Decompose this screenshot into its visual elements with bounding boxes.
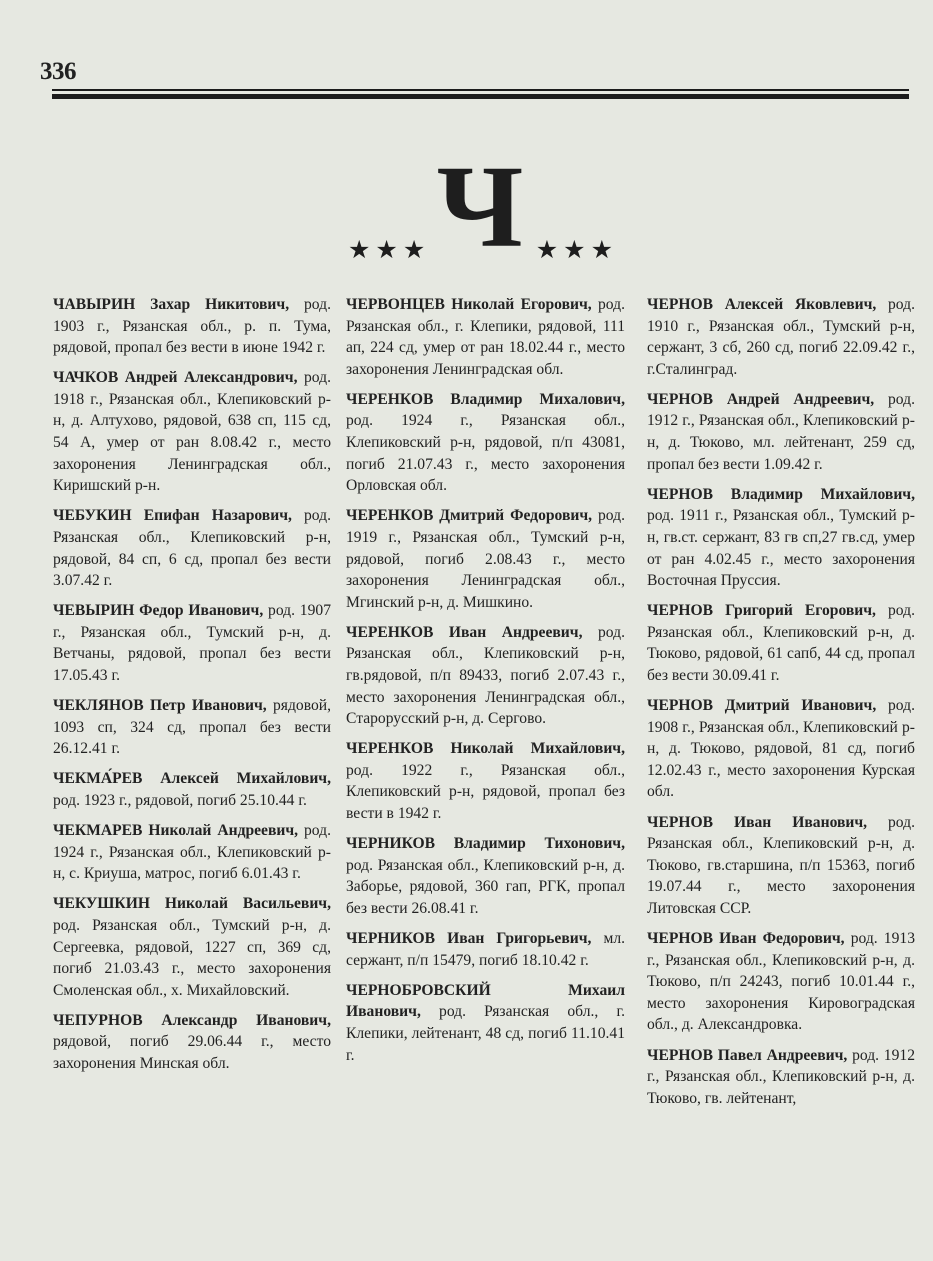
entry-text: род. 1923 г., рядовой, погиб 25.10.44 г. <box>53 792 307 809</box>
entry-name: ЧЕРНИКОВ Иван Григорьевич, <box>346 930 591 947</box>
column-3: ЧЕРНОВ Алексей Яковлевич, род. 1910 г., … <box>647 294 915 1118</box>
entry-name: ЧЕРЕНКОВ Дмитрий Федорович, <box>346 507 592 524</box>
stars-left-icon: ★★★ <box>348 235 430 265</box>
entry-name: ЧЕРНОВ Владимир Михайлович, <box>647 486 915 503</box>
entry-name: ЧЕРВОНЦЕВ Николай Егорович, <box>346 296 592 313</box>
entry-name: ЧЕРЕНКОВ Иван Андреевич, <box>346 624 582 641</box>
section-initial-block: Ч ★★★ ★★★ <box>340 170 620 270</box>
header-rule-thin <box>52 89 909 91</box>
list-item: ЧЕРЕНКОВ Дмитрий Федорович, род. 1919 г.… <box>346 505 625 613</box>
entry-name: ЧЕВЫРИН Федор Иванович, <box>53 602 263 619</box>
entry-name: ЧЕРЕНКОВ Николай Михайлович, <box>346 740 625 757</box>
list-item: ЧЕКМА́РЕВ Алексей Михайлович, род. 1923 … <box>53 768 331 811</box>
entry-text: род. 1922 г., Рязанская обл., Клепиковск… <box>346 762 625 822</box>
entry-name: ЧЕКЛЯНОВ Петр Иванович, <box>53 697 267 714</box>
header-rule-thick <box>52 94 909 99</box>
list-item: ЧЕРНОБРОВСКИЙ Михаил Иванович, род. Ряза… <box>346 980 625 1066</box>
list-item: ЧЕПУРНОВ Александр Иванович, рядовой, по… <box>53 1010 331 1075</box>
entry-name: ЧЕРЕНКОВ Владимир Михалович, <box>346 391 625 408</box>
entry-name: ЧЕКМАРЕВ Николай Андреевич, <box>53 822 298 839</box>
stars-right-icon: ★★★ <box>536 235 618 265</box>
list-item: ЧЕРНОВ Иван Иванович, род. Рязанская обл… <box>647 812 915 920</box>
entry-name: ЧЕРНОВ Иван Иванович, <box>647 814 867 831</box>
list-item: ЧЕРНИКОВ Иван Григорьевич, мл. сержант, … <box>346 928 625 971</box>
entry-name: ЧАВЫРИН Захар Никитович, <box>53 296 289 313</box>
list-item: ЧАВЫРИН Захар Никитович, род. 1903 г., Р… <box>53 294 331 359</box>
list-item: ЧЕРНИКОВ Владимир Тихонович, род. Рязанс… <box>346 833 625 919</box>
entry-text: род. Рязанская обл., Клепиковский р-н, д… <box>346 857 625 917</box>
list-item: ЧЕРНОВ Павел Андреевич, род. 1912 г., Ря… <box>647 1045 915 1110</box>
entry-name: ЧЕКМА́РЕВ Алексей Михайлович, <box>53 770 331 787</box>
list-item: ЧЕРНОВ Владимир Михайлович, род. 1911 г.… <box>647 484 915 592</box>
list-item: ЧЕРЕНКОВ Владимир Михалович, род. 1924 г… <box>346 389 625 497</box>
entry-text: рядовой, погиб 29.06.44 г., место захоро… <box>53 1033 331 1072</box>
entry-name: ЧЕПУРНОВ Александр Иванович, <box>53 1012 331 1029</box>
list-item: ЧЕРВОНЦЕВ Николай Егорович, род. Рязанск… <box>346 294 625 380</box>
list-item: ЧЕКЛЯНОВ Петр Иванович, рядовой, 1093 сп… <box>53 695 331 760</box>
entry-text: род. Рязанская обл., Тумский р-н, д. Сер… <box>53 917 331 999</box>
entry-name: ЧЕРНОВ Иван Федорович, <box>647 930 845 947</box>
entry-text: род. 1924 г., Рязанская обл., Клепиковск… <box>346 412 625 494</box>
entry-name: ЧЕРНОВ Григорий Егорович, <box>647 602 876 619</box>
list-item: ЧЕРЕНКОВ Николай Михайлович, род. 1922 г… <box>346 738 625 824</box>
entry-name: ЧЕРНОВ Алексей Яковлевич, <box>647 296 876 313</box>
list-item: ЧЕВЫРИН Федор Иванович, род. 1907 г., Ря… <box>53 600 331 686</box>
entry-name: ЧЕРНИКОВ Владимир Тихонович, <box>346 835 625 852</box>
list-item: ЧЕКУШКИН Николай Васильевич, род. Рязанс… <box>53 893 331 1001</box>
list-item: ЧЕРЕНКОВ Иван Андреевич, род. Рязанская … <box>346 622 625 730</box>
entry-name: ЧАЧКОВ Андрей Александрович, <box>53 369 297 386</box>
column-2: ЧЕРВОНЦЕВ Николай Егорович, род. Рязанск… <box>346 294 625 1075</box>
entry-text: род. 1911 г., Рязанская обл., Тумский р-… <box>647 507 915 589</box>
entry-name: ЧЕБУКИН Епифан Назарович, <box>53 507 292 524</box>
list-item: ЧЕКМАРЕВ Николай Андреевич, род. 1924 г.… <box>53 820 331 885</box>
column-1: ЧАВЫРИН Захар Никитович, род. 1903 г., Р… <box>53 294 331 1083</box>
list-item: ЧАЧКОВ Андрей Александрович, род. 1918 г… <box>53 367 331 497</box>
entry-name: ЧЕРНОВ Павел Андреевич, <box>647 1047 847 1064</box>
entry-name: ЧЕКУШКИН Николай Васильевич, <box>53 895 331 912</box>
list-item: ЧЕРНОВ Дмитрий Иванович, род. 1908 г., Р… <box>647 695 915 803</box>
list-item: ЧЕРНОВ Андрей Андреевич, род. 1912 г., Р… <box>647 389 915 475</box>
entry-text: род. 1918 г., Рязанская обл., Клепиковск… <box>53 369 331 494</box>
list-item: ЧЕРНОВ Алексей Яковлевич, род. 1910 г., … <box>647 294 915 380</box>
page-number: 336 <box>40 58 76 86</box>
entry-name: ЧЕРНОВ Дмитрий Иванович, <box>647 697 876 714</box>
list-item: ЧЕРНОВ Григорий Егорович, род. Рязанская… <box>647 600 915 686</box>
list-item: ЧЕБУКИН Епифан Назарович, род. Рязанская… <box>53 505 331 591</box>
entry-name: ЧЕРНОВ Андрей Андреевич, <box>647 391 874 408</box>
list-item: ЧЕРНОВ Иван Федорович, род. 1913 г., Ряз… <box>647 928 915 1036</box>
